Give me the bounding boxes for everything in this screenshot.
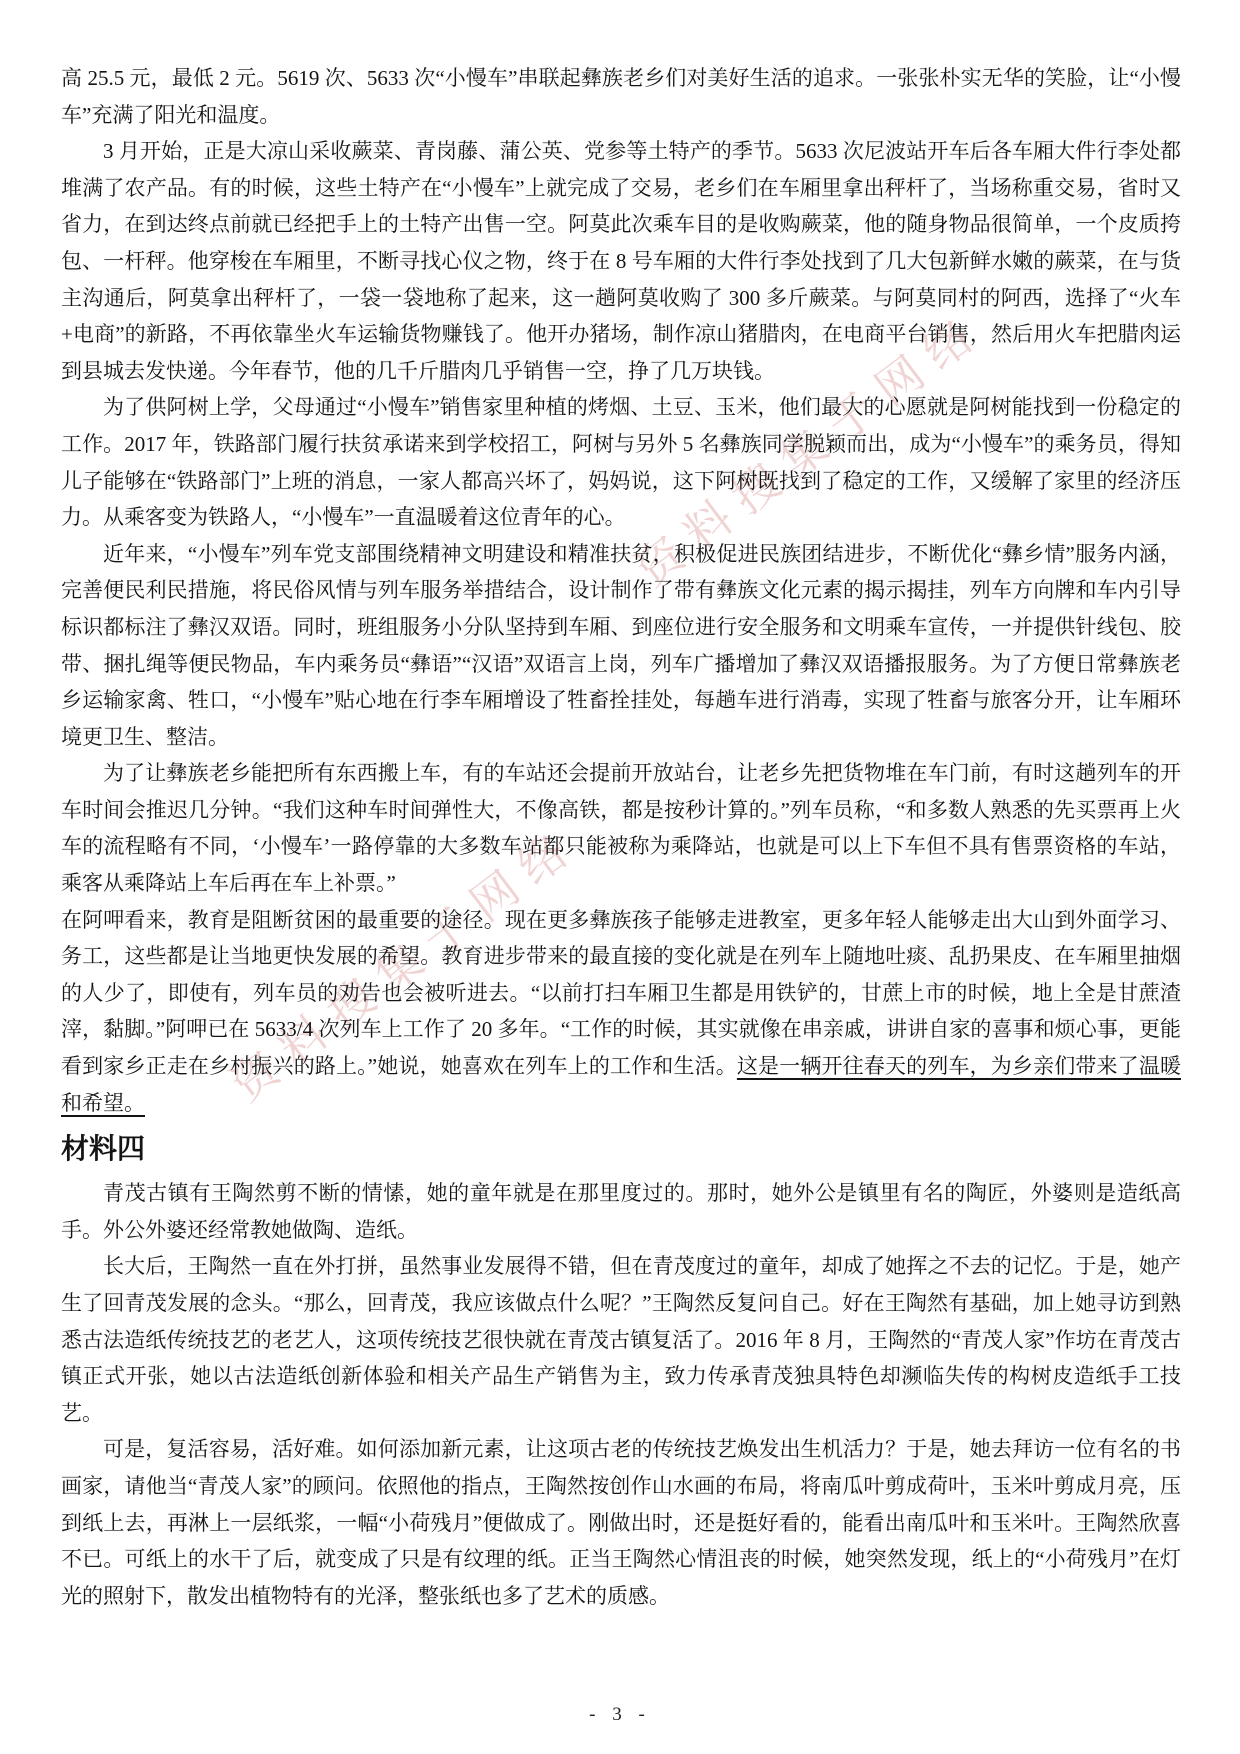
material4-paragraph-return-qingmao: 长大后，王陶然一直在外打拼，虽然事业发展得不错，但在青茂度过的童年，却成了她挥之… <box>61 1248 1181 1431</box>
material4-paragraph-paper-art: 可是，复活容易，活好难。如何添加新元素，让这项古老的传统技艺焕发出生机活力？于是… <box>61 1431 1181 1614</box>
document-body: 高 25.5 元，最低 2 元。5619 次、5633 次“小慢车”串联起彝族老… <box>61 60 1181 1614</box>
material4-heading: 材料四 <box>61 1127 1181 1171</box>
material3-paragraph-ashu-job: 为了供阿树上学，父母通过“小慢车”销售家里种植的烤烟、土豆、玉米，他们最大的心愿… <box>61 389 1181 535</box>
material3-paragraph-train-services: 近年来，“小慢车”列车党支部围绕精神文明建设和精准扶贫，积极促进民族团结进步，不… <box>61 536 1181 756</box>
document-page: 资料搜集于网络 资料搜集于网络 高 25.5 元，最低 2 元。5619 次、5… <box>0 0 1240 1754</box>
material4-paragraph-qingmao-childhood: 青茂古镇有王陶然剪不断的情愫，她的童年就是在那里度过的。那时，她外公是镇里有名的… <box>61 1175 1181 1248</box>
paragraph-text: 在阿呷看来，教育是阻断贫困的最重要的途径。现在更多彝族孩子能够走进教室，更多年轻… <box>61 908 1181 1078</box>
material3-paragraph-continuation: 高 25.5 元，最低 2 元。5619 次、5633 次“小慢车”串联起彝族老… <box>61 60 1181 133</box>
footer-page-number: - 3 - <box>0 1704 1240 1726</box>
material3-paragraph-flexible-schedule: 为了让彝族老乡能把所有东西搬上车，有的车站还会提前开放站台，让老乡先把货物堆在车… <box>61 755 1181 901</box>
material3-paragraph-march-harvest: 3 月开始，正是大凉山采收蕨菜、青岗藤、蒲公英、党参等土特产的季节。5633 次… <box>61 133 1181 389</box>
material3-paragraph-education: 在阿呷看来，教育是阻断贫困的最重要的途径。现在更多彝族孩子能够走进教室，更多年轻… <box>61 902 1181 1122</box>
